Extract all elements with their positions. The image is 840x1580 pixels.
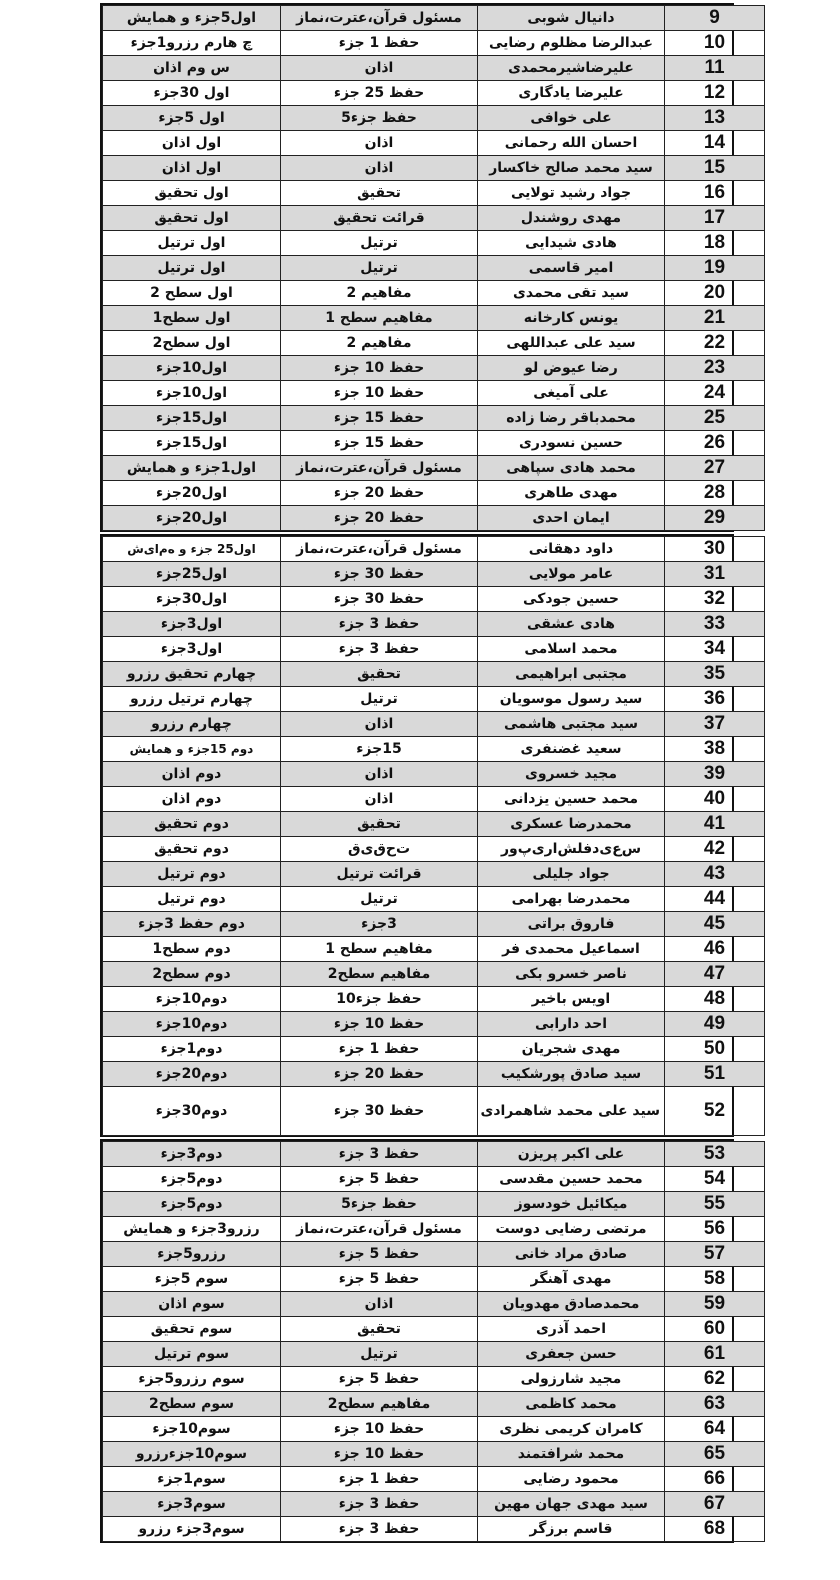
row-number-cell: 23 — [665, 356, 765, 381]
row-number-cell: 58 — [665, 1267, 765, 1292]
row-number-cell: 27 — [665, 456, 765, 481]
table-row: 28مهدی طاهریحفظ 20 جزءاول20جزء — [103, 481, 765, 506]
rank-cell: اول15جزء — [103, 406, 281, 431]
student-name-cell: محمد حسین یزدانی — [478, 787, 665, 812]
row-number-cell: 42 — [665, 837, 765, 862]
row-number-cell: 39 — [665, 762, 765, 787]
student-name-cell: علیرضاشیرمحمدی — [478, 56, 665, 81]
student-name-cell: محمد حسین مقدسی — [478, 1167, 665, 1192]
row-number-cell: 35 — [665, 662, 765, 687]
table-row: 47ناصر خسرو بکیمفاهیم سطح2دوم سطح2 — [103, 962, 765, 987]
table-row: 26حسین نسودریحفظ 15 جزءاول15جزء — [103, 431, 765, 456]
student-name-cell: یونس کارخانه — [478, 306, 665, 331]
rank-cell: اول10جزء — [103, 381, 281, 406]
student-name-cell: حسین جودکی — [478, 587, 665, 612]
row-number-cell: 24 — [665, 381, 765, 406]
row-number-cell: 29 — [665, 506, 765, 531]
rank-cell: اول3جزء — [103, 612, 281, 637]
student-name-cell: مهدی شجریان — [478, 1037, 665, 1062]
course-cell: حفظ 10 جزء — [281, 1417, 478, 1442]
course-cell: مسئول قرآن،عترت،نماز — [281, 537, 478, 562]
table-row: 25محمدباقر رضا زادهحفظ 15 جزءاول15جزء — [103, 406, 765, 431]
course-cell: مفاهیم 2 — [281, 331, 478, 356]
rank-cell: چ هارم رزرو1جزء — [103, 31, 281, 56]
rank-cell: دوم5جزء — [103, 1167, 281, 1192]
table-row: 19امیر قاسمیترتیلاول ترتیل — [103, 256, 765, 281]
course-cell: حفظ 3 جزء — [281, 612, 478, 637]
rank-cell: اول تحقیق — [103, 181, 281, 206]
rank-cell: اول 30جزء — [103, 81, 281, 106]
row-number-cell: 65 — [665, 1442, 765, 1467]
table-row: 30داود دهقانیمسئول قرآن،عترت،نمازاول25 ج… — [103, 537, 765, 562]
course-cell: مفاهیم سطح 1 — [281, 937, 478, 962]
row-number-cell: 21 — [665, 306, 765, 331]
rank-cell: دوم 15جزء و همایش — [103, 737, 281, 762]
course-cell: حفظ جزء5 — [281, 106, 478, 131]
rank-cell: چهارم تحقیق رزرو — [103, 662, 281, 687]
row-number-cell: 12 — [665, 81, 765, 106]
row-number-cell: 20 — [665, 281, 765, 306]
table-row: 9دانیال شوبیمسئول قرآن،عترت،نمازاول5جزء … — [103, 6, 765, 31]
table-row: 34محمد اسلامیحفظ 3 جزءاول3جزء — [103, 637, 765, 662]
table-row: 35مجتبی ابراهیمیتحقیقچهارم تحقیق رزرو — [103, 662, 765, 687]
row-number-cell: 31 — [665, 562, 765, 587]
table-row: 56مرتضی رضایی دوستمسئول قرآن،عترت،نمازرز… — [103, 1217, 765, 1242]
row-number-cell: 9 — [665, 6, 765, 31]
student-name-cell: سید مجتبی هاشمی — [478, 712, 665, 737]
table-block-2: 30داود دهقانیمسئول قرآن،عترت،نمازاول25 ج… — [100, 534, 734, 1137]
row-number-cell: 10 — [665, 31, 765, 56]
student-name-cell: میکائیل خودسوز — [478, 1192, 665, 1217]
course-cell: ترتیل — [281, 256, 478, 281]
student-name-cell: سید علی محمد شاهمرادی — [478, 1087, 665, 1136]
course-cell: حفظ 30 جزء — [281, 562, 478, 587]
row-number-cell: 16 — [665, 181, 765, 206]
table-row: 40محمد حسین یزدانیاذاندوم اذان — [103, 787, 765, 812]
table-row: 17مهدی روشندلقرائت تحقیقاول تحقیق — [103, 206, 765, 231]
row-number-cell: 50 — [665, 1037, 765, 1062]
row-number-cell: 46 — [665, 937, 765, 962]
table-row: 64کامران کریمی نظریحفظ 10 جزءسوم10جزء — [103, 1417, 765, 1442]
table-row: 22سید علی عبداللهیمفاهیم 2اول سطح2 — [103, 331, 765, 356]
table-row: 60احمد آذریتحقیقسوم تحقیق — [103, 1317, 765, 1342]
student-name-cell: احسان الله رحمانی — [478, 131, 665, 156]
table-row: 38سعید غضنفری15جزءدوم 15جزء و همایش — [103, 737, 765, 762]
row-number-cell: 40 — [665, 787, 765, 812]
student-name-cell: اویس باخیر — [478, 987, 665, 1012]
rank-cell: اول ترتیل — [103, 256, 281, 281]
student-name-cell: مجتبی ابراهیمی — [478, 662, 665, 687]
row-number-cell: 14 — [665, 131, 765, 156]
student-name-cell: محمد هادی سپاهی — [478, 456, 665, 481]
course-cell: حفظ 3 جزء — [281, 1517, 478, 1542]
course-cell: حفظ جزء5 — [281, 1192, 478, 1217]
course-cell: حفظ 1 جزء — [281, 1037, 478, 1062]
rank-cell: اول5جزء و همایش — [103, 6, 281, 31]
table-row: 14احسان الله رحمانیاذاناول اذان — [103, 131, 765, 156]
student-name-cell: مرتضی رضایی دوست — [478, 1217, 665, 1242]
course-cell: ترتیل — [281, 687, 478, 712]
rank-cell: دوم1جزء — [103, 1037, 281, 1062]
table-row: 18هادی شیداییترتیلاول ترتیل — [103, 231, 765, 256]
row-number-cell: 53 — [665, 1142, 765, 1167]
rank-cell: اول20جزء — [103, 481, 281, 506]
table-row: 62مجید شارزولیحفظ 5 جزءسوم رزرو5جزء — [103, 1367, 765, 1392]
table-row: 29ایمان احدیحفظ 20 جزءاول20جزء — [103, 506, 765, 531]
course-cell: حفظ 3 جزء — [281, 637, 478, 662]
rank-cell: رزرو3جزء و همایش — [103, 1217, 281, 1242]
row-number-cell: 55 — [665, 1192, 765, 1217]
rank-cell: دوم سطح1 — [103, 937, 281, 962]
student-name-cell: کامران کریمی نظری — [478, 1417, 665, 1442]
course-cell: ترتیل — [281, 1342, 478, 1367]
table-row: 59محمدصادق مهدویاناذانسوم اذان — [103, 1292, 765, 1317]
row-number-cell: 30 — [665, 537, 765, 562]
table-row: 53علی اکبر پریزنحفظ 3 جزءدوم3جزء — [103, 1142, 765, 1167]
row-number-cell: 67 — [665, 1492, 765, 1517]
table-row: 67سید مهدی جهان مهینحفظ 3 جزءسوم3جزء — [103, 1492, 765, 1517]
course-cell: تحقیق — [281, 1317, 478, 1342]
course-cell: مسئول قرآن،عترت،نماز — [281, 1217, 478, 1242]
student-name-cell: امیر قاسمی — [478, 256, 665, 281]
table-row: 15سید محمد صالح خاکساراذاناول اذان — [103, 156, 765, 181]
row-number-cell: 34 — [665, 637, 765, 662]
row-number-cell: 45 — [665, 912, 765, 937]
course-cell: مسئول قرآن،عترت،نماز — [281, 456, 478, 481]
row-number-cell: 38 — [665, 737, 765, 762]
table-row: 61حسن جعفریترتیلسوم ترتیل — [103, 1342, 765, 1367]
table-row: 63محمد کاظمیمفاهیم سطح2سوم سطح2 — [103, 1392, 765, 1417]
row-number-cell: 18 — [665, 231, 765, 256]
table-row: 58مهدی آهنگرحفظ 5 جزءسوم 5جزء — [103, 1267, 765, 1292]
row-number-cell: 43 — [665, 862, 765, 887]
course-cell: مفاهیم سطح2 — [281, 962, 478, 987]
student-name-cell: اسماعیل محمدی فر — [478, 937, 665, 962]
course-cell: تحقیق — [281, 662, 478, 687]
rank-cell: اول سطح 2 — [103, 281, 281, 306]
row-number-cell: 47 — [665, 962, 765, 987]
rank-cell: سوم تحقیق — [103, 1317, 281, 1342]
student-name-cell: محمد کاظمی — [478, 1392, 665, 1417]
student-name-cell: عبدالرضا مظلوم رضایی — [478, 31, 665, 56]
table-row: 27محمد هادی سپاهیمسئول قرآن،عترت،نمازاول… — [103, 456, 765, 481]
student-name-cell: جواد جلیلی — [478, 862, 665, 887]
student-name-cell: محمدباقر رضا زاده — [478, 406, 665, 431]
row-number-cell: 33 — [665, 612, 765, 637]
course-cell: حفظ 15 جزء — [281, 431, 478, 456]
table-row: 52سید علی محمد شاهمرادیحفظ 30 جزءدوم30جز… — [103, 1087, 765, 1136]
rank-cell: دوم تحقیق — [103, 812, 281, 837]
student-name-cell: سید صادق پورشکیب — [478, 1062, 665, 1087]
rank-cell: دوم سطح2 — [103, 962, 281, 987]
rank-cell: اول سطح2 — [103, 331, 281, 356]
table-row: 43جواد جلیلیقرائت ترتیلدوم ترتیل — [103, 862, 765, 887]
row-number-cell: 49 — [665, 1012, 765, 1037]
rank-cell: سوم3جزء رزرو — [103, 1517, 281, 1542]
course-cell: حفظ 5 جزء — [281, 1367, 478, 1392]
row-number-cell: 19 — [665, 256, 765, 281]
course-cell: حفظ 1 جزء — [281, 1467, 478, 1492]
results-table: 53علی اکبر پریزنحفظ 3 جزءدوم3جزء54محمد ح… — [102, 1141, 765, 1542]
course-cell: قرائت تحقیق — [281, 206, 478, 231]
course-cell: حفظ 1 جزء — [281, 31, 478, 56]
table-row: 41محمدرضا عسکریتحقیقدوم تحقیق — [103, 812, 765, 837]
table-row: 44محمدرضا بهرامیترتیلدوم ترتیل — [103, 887, 765, 912]
rank-cell: اول 5جزء — [103, 106, 281, 131]
course-cell: حفظ 20 جزء — [281, 506, 478, 531]
course-cell: اذان — [281, 787, 478, 812]
course-cell: اذان — [281, 762, 478, 787]
student-name-cell: هادی عشقی — [478, 612, 665, 637]
row-number-cell: 22 — [665, 331, 765, 356]
student-name-cell: سید علی عبداللهی — [478, 331, 665, 356]
table-row: 21یونس کارخانهمفاهیم سطح 1اول سطح1 — [103, 306, 765, 331]
student-name-cell: فاروق براتی — [478, 912, 665, 937]
rank-cell: سوم 5جزء — [103, 1267, 281, 1292]
rank-cell: اول3جزء — [103, 637, 281, 662]
rank-cell: اول ترتیل — [103, 231, 281, 256]
row-number-cell: 62 — [665, 1367, 765, 1392]
table-row: 57صادق مراد خانیحفظ 5 جزءرزرو5جزء — [103, 1242, 765, 1267]
rank-cell: اول10جزء — [103, 356, 281, 381]
row-number-cell: 37 — [665, 712, 765, 737]
table-row: 48اویس باخیرحفظ جزء10دوم10جزء — [103, 987, 765, 1012]
row-number-cell: 17 — [665, 206, 765, 231]
row-number-cell: 60 — [665, 1317, 765, 1342]
rank-cell: سوم10جزء — [103, 1417, 281, 1442]
rank-cell: دوم30جزء — [103, 1087, 281, 1136]
rank-cell: سوم1جزء — [103, 1467, 281, 1492]
course-cell: حفظ 20 جزء — [281, 1062, 478, 1087]
rank-cell: اول اذان — [103, 131, 281, 156]
course-cell: حفظ 15 جزء — [281, 406, 478, 431]
table-row: 36سید رسول موسویانترتیلچهارم ترتیل رزرو — [103, 687, 765, 712]
course-cell: اذان — [281, 56, 478, 81]
course-cell: حفظ جزء10 — [281, 987, 478, 1012]
results-table: 30داود دهقانیمسئول قرآن،عترت،نمازاول25 ج… — [102, 536, 765, 1136]
rank-cell: دوم3جزء — [103, 1142, 281, 1167]
student-name-cell: سید محمد صالح خاکسار — [478, 156, 665, 181]
course-cell: مسئول قرآن،عترت،نماز — [281, 6, 478, 31]
rank-cell: چهارم رزرو — [103, 712, 281, 737]
rank-cell: اول1جزء و همایش — [103, 456, 281, 481]
row-number-cell: 13 — [665, 106, 765, 131]
row-number-cell: 68 — [665, 1517, 765, 1542]
student-name-cell: س‌ع‌ی‌دفلش‌اری‌پ‌ور — [478, 837, 665, 862]
row-number-cell: 59 — [665, 1292, 765, 1317]
rank-cell: دوم اذان — [103, 787, 281, 812]
row-number-cell: 51 — [665, 1062, 765, 1087]
student-name-cell: محمود رضایی — [478, 1467, 665, 1492]
rank-cell: دوم تحقیق — [103, 837, 281, 862]
row-number-cell: 63 — [665, 1392, 765, 1417]
rank-cell: دوم20جزء — [103, 1062, 281, 1087]
table-row: 49احد دارابیحفظ 10 جزءدوم10جزء — [103, 1012, 765, 1037]
course-cell: اذان — [281, 712, 478, 737]
rank-cell: س وم اذان — [103, 56, 281, 81]
table-row: 31عامر مولاییحفظ 30 جزءاول25جزء — [103, 562, 765, 587]
student-name-cell: مهدی روشندل — [478, 206, 665, 231]
rank-cell: اول25جزء — [103, 562, 281, 587]
student-name-cell: رضا عیوض لو — [478, 356, 665, 381]
student-name-cell: سید رسول موسویان — [478, 687, 665, 712]
rank-cell: اول25 جزء و ه‌م‌ای‌ش — [103, 537, 281, 562]
student-name-cell: علی آمیغی — [478, 381, 665, 406]
student-name-cell: مجید شارزولی — [478, 1367, 665, 1392]
table-row: 54محمد حسین مقدسیحفظ 5 جزءدوم5جزء — [103, 1167, 765, 1192]
rank-cell: سوم10جزءرزرو — [103, 1442, 281, 1467]
student-name-cell: قاسم برزگر — [478, 1517, 665, 1542]
student-name-cell: دانیال شوبی — [478, 6, 665, 31]
rank-cell: سوم ترتیل — [103, 1342, 281, 1367]
course-cell: حفظ 30 جزء — [281, 1087, 478, 1136]
student-name-cell: احد دارابی — [478, 1012, 665, 1037]
course-cell: حفظ 10 جزء — [281, 381, 478, 406]
course-cell: اذان — [281, 156, 478, 181]
course-cell: مفاهیم سطح 1 — [281, 306, 478, 331]
rank-cell: سوم سطح2 — [103, 1392, 281, 1417]
table-row: 12علیرضا یادگاریحفظ 25 جزءاول 30جزء — [103, 81, 765, 106]
student-name-cell: سعید غضنفری — [478, 737, 665, 762]
student-name-cell: صادق مراد خانی — [478, 1242, 665, 1267]
student-name-cell: علی خوافی — [478, 106, 665, 131]
table-row: 68قاسم برزگرحفظ 3 جزءسوم3جزء رزرو — [103, 1517, 765, 1542]
course-cell: حفظ 10 جزء — [281, 356, 478, 381]
rank-cell: چهارم ترتیل رزرو — [103, 687, 281, 712]
rank-cell: اول اذان — [103, 156, 281, 181]
rank-cell: دوم ترتیل — [103, 862, 281, 887]
course-cell: حفظ 10 جزء — [281, 1442, 478, 1467]
student-name-cell: محمدرضا عسکری — [478, 812, 665, 837]
row-number-cell: 52 — [665, 1087, 765, 1136]
table-block-3: 53علی اکبر پریزنحفظ 3 جزءدوم3جزء54محمد ح… — [100, 1139, 734, 1543]
rank-cell: دوم10جزء — [103, 1012, 281, 1037]
row-number-cell: 36 — [665, 687, 765, 712]
course-cell: حفظ 3 جزء — [281, 1142, 478, 1167]
student-name-cell: عامر مولایی — [478, 562, 665, 587]
course-cell: ت‌ح‌ق‌ی‌ق — [281, 837, 478, 862]
student-name-cell: سید مهدی جهان مهین — [478, 1492, 665, 1517]
rank-cell: دوم حفظ 3جزء — [103, 912, 281, 937]
student-name-cell: داود دهقانی — [478, 537, 665, 562]
student-name-cell: مجید خسروی — [478, 762, 665, 787]
table-row: 51سید صادق پورشکیبحفظ 20 جزءدوم20جزء — [103, 1062, 765, 1087]
rank-cell: اول سطح1 — [103, 306, 281, 331]
student-name-cell: ایمان احدی — [478, 506, 665, 531]
course-cell: حفظ 5 جزء — [281, 1267, 478, 1292]
course-cell: حفظ 3 جزء — [281, 1492, 478, 1517]
row-number-cell: 64 — [665, 1417, 765, 1442]
row-number-cell: 66 — [665, 1467, 765, 1492]
table-row: 11علیرضاشیرمحمدیاذانس وم اذان — [103, 56, 765, 81]
course-cell: حفظ 5 جزء — [281, 1167, 478, 1192]
student-name-cell: علیرضا یادگاری — [478, 81, 665, 106]
table-block-1: 9دانیال شوبیمسئول قرآن،عترت،نمازاول5جزء … — [100, 3, 734, 532]
student-name-cell: هادی شیدایی — [478, 231, 665, 256]
row-number-cell: 26 — [665, 431, 765, 456]
row-number-cell: 61 — [665, 1342, 765, 1367]
table-row: 55میکائیل خودسوزحفظ جزء5دوم5جزء — [103, 1192, 765, 1217]
student-name-cell: محمد اسلامی — [478, 637, 665, 662]
table-row: 20سید تقی محمدیمفاهیم 2اول سطح 2 — [103, 281, 765, 306]
row-number-cell: 41 — [665, 812, 765, 837]
student-name-cell: حسن جعفری — [478, 1342, 665, 1367]
rank-cell: رزرو5جزء — [103, 1242, 281, 1267]
course-cell: ترتیل — [281, 231, 478, 256]
table-row: 65محمد شرافتمندحفظ 10 جزءسوم10جزءرزرو — [103, 1442, 765, 1467]
course-cell: حفظ 20 جزء — [281, 481, 478, 506]
course-cell: 3جزء — [281, 912, 478, 937]
student-name-cell: ناصر خسرو بکی — [478, 962, 665, 987]
course-cell: حفظ 25 جزء — [281, 81, 478, 106]
student-name-cell: محمدرضا بهرامی — [478, 887, 665, 912]
course-cell: 15جزء — [281, 737, 478, 762]
course-cell: مفاهیم سطح2 — [281, 1392, 478, 1417]
row-number-cell: 11 — [665, 56, 765, 81]
row-number-cell: 57 — [665, 1242, 765, 1267]
rank-cell: دوم10جزء — [103, 987, 281, 1012]
results-table: 9دانیال شوبیمسئول قرآن،عترت،نمازاول5جزء … — [102, 5, 765, 531]
table-row: 45فاروق براتی3جزءدوم حفظ 3جزء — [103, 912, 765, 937]
table-row: 24علی آمیغیحفظ 10 جزءاول10جزء — [103, 381, 765, 406]
course-cell: قرائت ترتیل — [281, 862, 478, 887]
row-number-cell: 28 — [665, 481, 765, 506]
rank-cell: دوم5جزء — [103, 1192, 281, 1217]
student-name-cell: مهدی آهنگر — [478, 1267, 665, 1292]
rank-cell: اول20جزء — [103, 506, 281, 531]
table-row: 66محمود رضاییحفظ 1 جزءسوم1جزء — [103, 1467, 765, 1492]
table-row: 39مجید خسرویاذاندوم اذان — [103, 762, 765, 787]
table-row: 46اسماعیل محمدی فرمفاهیم سطح 1دوم سطح1 — [103, 937, 765, 962]
course-cell: حفظ 10 جزء — [281, 1012, 478, 1037]
table-row: 37سید مجتبی هاشمیاذانچهارم رزرو — [103, 712, 765, 737]
course-cell: حفظ 30 جزء — [281, 587, 478, 612]
course-cell: تحقیق — [281, 812, 478, 837]
student-name-cell: احمد آذری — [478, 1317, 665, 1342]
course-cell: حفظ 5 جزء — [281, 1242, 478, 1267]
rank-cell: سوم3جزء — [103, 1492, 281, 1517]
table-row: 50مهدی شجریانحفظ 1 جزءدوم1جزء — [103, 1037, 765, 1062]
course-cell: مفاهیم 2 — [281, 281, 478, 306]
table-row: 16جواد رشید تولاییتحقیقاول تحقیق — [103, 181, 765, 206]
rank-cell: دوم اذان — [103, 762, 281, 787]
results-sheet: 9دانیال شوبیمسئول قرآن،عترت،نمازاول5جزء … — [100, 3, 734, 1543]
table-row: 13علی خوافیحفظ جزء5اول 5جزء — [103, 106, 765, 131]
row-number-cell: 54 — [665, 1167, 765, 1192]
rank-cell: سوم رزرو5جزء — [103, 1367, 281, 1392]
course-cell: تحقیق — [281, 181, 478, 206]
student-name-cell: محمد شرافتمند — [478, 1442, 665, 1467]
course-cell: اذان — [281, 131, 478, 156]
student-name-cell: حسین نسودری — [478, 431, 665, 456]
rank-cell: اول30جزء — [103, 587, 281, 612]
row-number-cell: 15 — [665, 156, 765, 181]
row-number-cell: 25 — [665, 406, 765, 431]
row-number-cell: 44 — [665, 887, 765, 912]
rank-cell: اول تحقیق — [103, 206, 281, 231]
rank-cell: سوم اذان — [103, 1292, 281, 1317]
student-name-cell: جواد رشید تولایی — [478, 181, 665, 206]
table-row: 10عبدالرضا مظلوم رضاییحفظ 1 جزءچ هارم رز… — [103, 31, 765, 56]
student-name-cell: مهدی طاهری — [478, 481, 665, 506]
row-number-cell: 56 — [665, 1217, 765, 1242]
rank-cell: اول15جزء — [103, 431, 281, 456]
row-number-cell: 32 — [665, 587, 765, 612]
student-name-cell: محمدصادق مهدویان — [478, 1292, 665, 1317]
rank-cell: دوم ترتیل — [103, 887, 281, 912]
student-name-cell: سید تقی محمدی — [478, 281, 665, 306]
table-row: 42س‌ع‌ی‌دفلش‌اری‌پ‌ورت‌ح‌ق‌ی‌قدوم تحقیق — [103, 837, 765, 862]
